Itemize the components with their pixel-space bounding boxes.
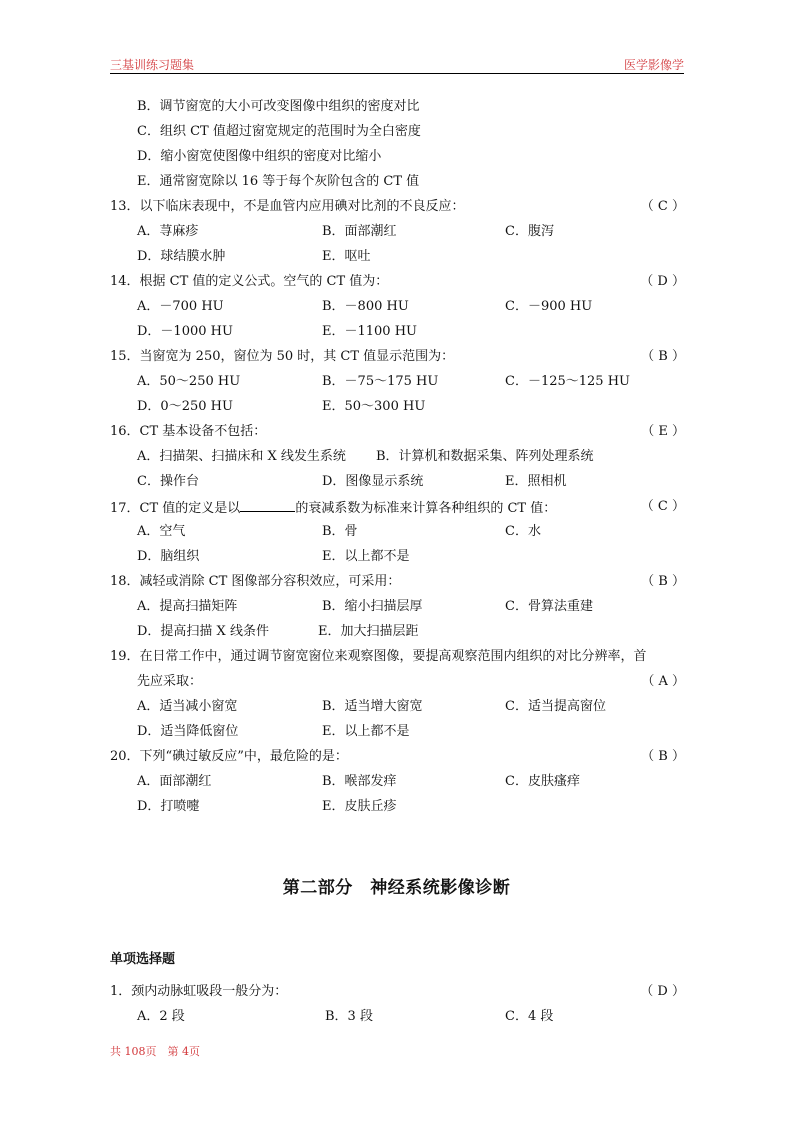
question-text: 下列“碘过敏反应”中，最危险的是： [140, 749, 348, 764]
question-number: 15． [110, 349, 140, 364]
question-text-after: 的衰减系数为标准来计算各种组织的 CT 值： [295, 501, 556, 516]
question-text: 在日常工作中，通过调节窗宽窗位来观察图像，要提高观察范围内组织的对比分辨率，首 [140, 649, 647, 664]
option-c: C．－900 HU [505, 299, 592, 315]
question-number: 17． [110, 501, 140, 516]
option-b: B．3 段 [325, 1009, 373, 1025]
option-a: A．空气 [137, 524, 185, 540]
question-number: 18． [110, 574, 140, 589]
option-b: B．适当增大窗宽 [322, 699, 423, 715]
header-divider [110, 73, 684, 74]
option-d: D．－1000 HU [137, 324, 233, 340]
option-a: A．50～250 HU [137, 374, 240, 390]
question-number: 16． [110, 424, 140, 439]
question-text: 减轻或消除 CT 图像部分容积效应，可采用： [140, 574, 401, 589]
option-b: B．－75～175 HU [322, 374, 438, 390]
section-title: 第二部分 神经系统影像诊断 [0, 873, 793, 898]
option-c: C．腹泻 [505, 224, 554, 240]
answer-20: （ B ） [641, 749, 685, 765]
option-c: C．骨算法重建 [505, 599, 593, 615]
option-e: E．呕吐 [322, 249, 371, 265]
question-number: 14． [110, 274, 140, 289]
option-c: C．适当提高窗位 [505, 699, 606, 715]
answer-19: （ A ） [641, 674, 685, 690]
question-text-before: CT 值的定义是以 [140, 501, 241, 516]
question-14: 14．根据 CT 值的定义公式。空气的 CT 值为： [110, 274, 388, 290]
page-footer: 共 108页 第 4页 [110, 1043, 200, 1059]
answer-15: （ B ） [641, 349, 685, 365]
prev-option-b: B．调节窗宽的大小可改变图像中组织的密度对比 [137, 99, 420, 115]
option-e: E．50～300 HU [322, 399, 425, 415]
option-e: E．以上都不是 [322, 724, 410, 740]
question-15: 15．当窗宽为 250，窗位为 50 时，其 CT 值显示范围为： [110, 349, 454, 365]
option-a: A．适当减小窗宽 [137, 699, 237, 715]
answer-1: （ D ） [640, 984, 685, 1000]
question-number: 13． [110, 199, 140, 214]
option-d: D．0～250 HU [137, 399, 233, 415]
option-b: B．－800 HU [322, 299, 409, 315]
option-b: B．计算机和数据采集、阵列处理系统 [376, 449, 594, 465]
question-18: 18．减轻或消除 CT 图像部分容积效应，可采用： [110, 574, 400, 590]
option-a: A．面部潮红 [137, 774, 211, 790]
answer-14: （ D ） [640, 274, 685, 290]
question-text: 根据 CT 值的定义公式。空气的 CT 值为： [140, 274, 389, 289]
option-c: C．操作台 [137, 474, 199, 490]
option-e: E．皮肤丘疹 [322, 799, 397, 815]
option-b: B．面部潮红 [322, 224, 397, 240]
option-e: E．－1100 HU [322, 324, 417, 340]
question-19-continued: 先应采取： [137, 674, 202, 690]
question-1: 1．颈内动脉虹吸段一般分为： [110, 984, 287, 1000]
option-d: D．适当降低窗位 [137, 724, 238, 740]
option-c: C．4 段 [505, 1009, 553, 1025]
question-number: 20． [110, 749, 140, 764]
question-20: 20．下列“碘过敏反应”中，最危险的是： [110, 749, 348, 765]
question-16: 16．CT 基本设备不包括： [110, 424, 266, 440]
option-d: D．图像显示系统 [322, 474, 423, 490]
question-text: 当窗宽为 250，窗位为 50 时，其 CT 值显示范围为： [140, 349, 455, 364]
question-19: 19．在日常工作中，通过调节窗宽窗位来观察图像，要提高观察范围内组织的对比分辨率… [110, 649, 647, 665]
question-number: 19． [110, 649, 140, 664]
option-b: B．骨 [322, 524, 358, 540]
option-a: A．扫描架、扫描床和 X 线发生系统 [137, 449, 346, 465]
option-d: D．脑组织 [137, 549, 199, 565]
answer-18: （ B ） [641, 574, 685, 590]
option-a: A．－700 HU [137, 299, 224, 315]
option-c: C．皮肤瘙痒 [505, 774, 580, 790]
answer-17: （ C ） [641, 499, 685, 515]
fill-in-blank [240, 499, 295, 512]
option-d: D．提高扫描 X 线条件 [137, 624, 269, 640]
question-number: 1． [110, 984, 131, 999]
option-a: A．荨麻疹 [137, 224, 198, 240]
question-text: 以下临床表现中，不是血管内应用碘对比剂的不良反应： [140, 199, 465, 214]
answer-16: （ E ） [641, 424, 685, 440]
header-subject: 医学影像学 [624, 56, 684, 73]
option-c: C．－125～125 HU [505, 374, 630, 390]
prev-option-c: C．组织 CT 值超过窗宽规定的范围时为全白密度 [137, 124, 421, 140]
question-13: 13．以下临床表现中，不是血管内应用碘对比剂的不良反应： [110, 199, 465, 215]
option-d: D．打喷嚏 [137, 799, 199, 815]
option-b: B．喉部发痒 [322, 774, 397, 790]
prev-option-e: E．通常窗宽除以 16 等于每个灰阶包含的 CT 值 [137, 174, 419, 190]
option-e: E．照相机 [505, 474, 567, 490]
section-subtitle: 单项选择题 [110, 948, 175, 967]
option-b: B．缩小扫描层厚 [322, 599, 423, 615]
header-title: 三基训练习题集 [110, 56, 194, 73]
question-text: CT 基本设备不包括： [140, 424, 267, 439]
option-e: E．加大扫描层距 [318, 624, 419, 640]
option-a: A．2 段 [137, 1009, 185, 1025]
option-d: D．球结膜水肿 [137, 249, 225, 265]
option-a: A．提高扫描矩阵 [137, 599, 237, 615]
answer-13: （ C ） [641, 199, 685, 215]
question-text: 颈内动脉虹吸段一般分为： [131, 984, 287, 999]
option-e: E．以上都不是 [322, 549, 410, 565]
option-c: C．水 [505, 524, 541, 540]
prev-option-d: D．缩小窗宽使图像中组织的密度对比缩小 [137, 149, 381, 165]
question-17: 17．CT 值的定义是以的衰减系数为标准来计算各种组织的 CT 值： [110, 499, 556, 517]
